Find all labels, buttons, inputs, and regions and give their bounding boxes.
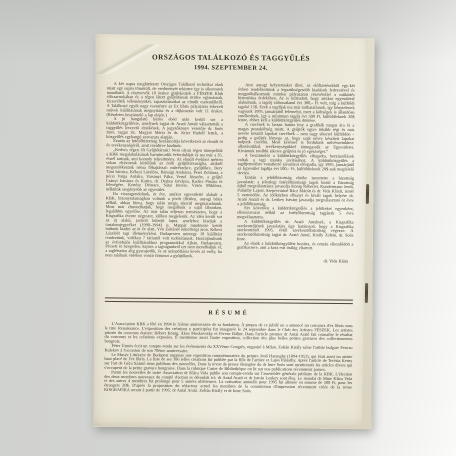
paragraph: Parmi les nouvelles de notre Association… [104,370,352,394]
photo-background: ORSZÁGOS TALÁLKOZÓ ÉS TAGGYŰLÉS 1994. SZ… [0,0,456,456]
staple-bottom [365,283,368,303]
right-column-paragraphs: Ami anyagi helyzetünket illeti, az előfi… [237,83,355,251]
newsletter-page: ORSZÁGOS TALÁLKOZÓ ÉS TAGGYŰLÉS 1994. SZ… [90,34,368,428]
paragraph: Ezután a jelölőbizottság elnöke ismertet… [237,175,354,207]
left-column: A két napra meghirdetett Országos Találk… [105,81,223,295]
resume-heading: RÉSUMÉ [105,308,353,318]
page-date: 1994. SZEPTEMBER 24. [107,63,355,73]
paragraph: A beszámolót a küldöttközgyűlés elfogadt… [237,153,354,176]
right-column: Ami anyagi helyzetünket illeti, az előfi… [236,83,354,297]
paragraph: Az elnök a küldöttközgyűlést bezárta, és… [237,241,354,251]
paragraph: Ami anyagi helyzetünket illeti, az előfi… [238,83,355,124]
paragraph: „Kedves régen élt Gyűjtőtársak! Nem olya… [106,147,223,192]
paragraph: A jó hangulatú közös ebéd után került so… [106,117,223,140]
paragraph: Ha visszagondolunk, öt éve, amikor egyes… [105,191,222,258]
double-rule-divider [105,297,353,304]
paragraph: A küldöttközgyűlés dr. Arató Antalnak, a… [237,219,354,242]
two-column-body: A két napra meghirdetett Országos Találk… [105,81,355,296]
title-block: ORSZÁGOS TALÁLKOZÓ ÉS TAGGYŰLÉS 1994. SZ… [107,53,355,73]
author-signature: dr. Vida Klára [237,258,354,264]
page-content: ORSZÁGOS TALÁLKOZÓ ÉS TAGGYŰLÉS 1994. SZ… [90,34,368,428]
resume-section: L'Association KBK a fêté en 1994 le 35èm… [104,321,353,394]
page-title: ORSZÁGOS TALÁLKOZÓ ÉS TAGGYŰLÉS [107,53,355,63]
paragraph: A két napra meghirdetett Országos Találk… [106,81,223,117]
staple-top [366,184,369,204]
paragraph: A cserének is lassan határa lesz a grafi… [238,122,355,154]
paragraph: L'Association KBK a fêté en 1994 le 35èm… [105,321,353,345]
